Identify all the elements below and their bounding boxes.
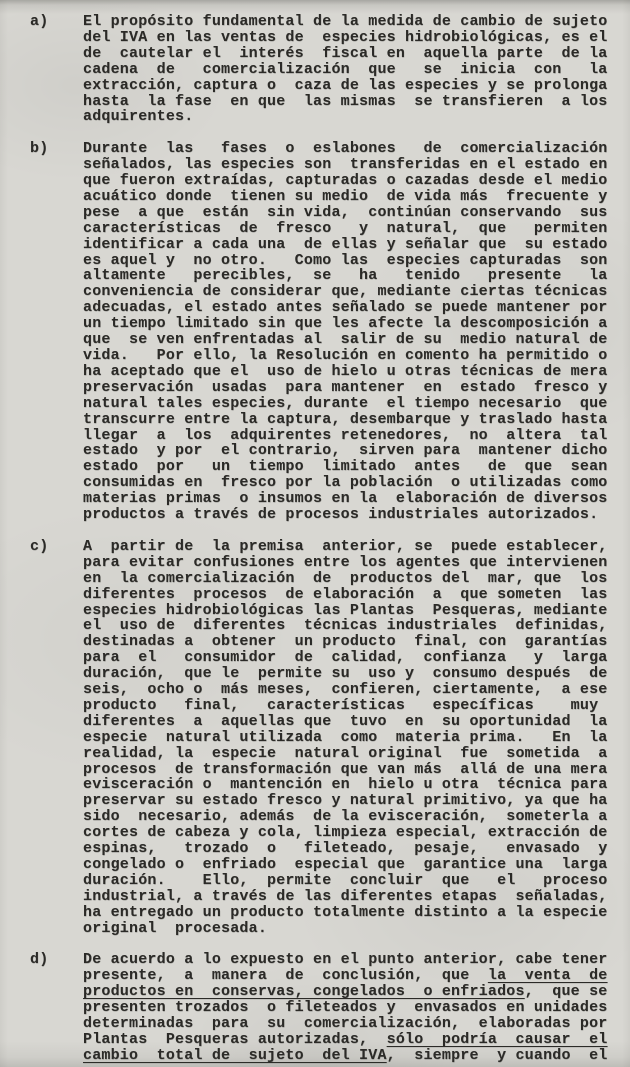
text-segment: seis, ocho o más meses, confieren, ciert… (83, 681, 607, 698)
text-line: preservación usadas para mantener en est… (83, 380, 607, 396)
text-segment: productos a través de procesos industria… (83, 506, 598, 523)
text-line: El propósito fundamental de la medida de… (83, 14, 607, 30)
text-segment: sido necesario, además de la evisceració… (83, 808, 607, 825)
text-line: acuático donde tienen su medio de vida m… (83, 189, 607, 205)
text-line: vida. Por ello, la Resolución en comento… (83, 348, 607, 364)
text-line: presenten trozados o fileteados y envasa… (83, 1000, 608, 1016)
text-segment: presenten trozados o fileteados y envasa… (83, 999, 607, 1016)
text-segment: que se ven enfrentadas al salir de su me… (83, 331, 607, 348)
text-line: seis, ocho o más meses, confieren, ciert… (83, 682, 607, 698)
item-label: d) (0, 952, 83, 1063)
text-line: destinadas a obtener un producto final, … (83, 634, 607, 650)
text-segment: vida. Por ello, la Resolución en comento… (83, 347, 607, 364)
text-line: consumidas en fresco por la población o … (83, 475, 607, 491)
text-line: el uso de diferentes técnicas industrial… (83, 618, 607, 634)
text-segment: extracción, captura o caza de las especi… (83, 77, 607, 94)
text-line: es aquel y no otro. Como las especies ca… (83, 253, 607, 269)
text-segment: adquirentes. (83, 108, 193, 125)
text-segment: para evitar confusiones entre los agente… (83, 554, 607, 571)
item-label: c) (0, 539, 83, 937)
text-line: A partir de la premisa anterior, se pued… (83, 539, 607, 555)
text-segment: adecuadas, el estado antes señalado se p… (83, 299, 607, 316)
text-line: determinadas para su comercialización, e… (83, 1016, 608, 1032)
text-line: natural tales especies, durante el tiemp… (83, 396, 607, 412)
text-segment: hasta la fase en que las mismas se trans… (83, 93, 607, 110)
item-text: El propósito fundamental de la medida de… (83, 14, 607, 125)
text-line: ha entregado un producto totalmente dist… (83, 905, 607, 921)
text-segment: acuático donde tienen su medio de vida m… (83, 188, 607, 205)
text-segment: conveniencia de considerar que, mediante… (83, 283, 607, 300)
text-line: procesos de transformación que van más a… (83, 762, 607, 778)
underlined-text: la venta de (488, 967, 608, 984)
text-line: diferentes a aquellas que tuvo en su opo… (83, 714, 607, 730)
text-line: especies hidrobiológicas las Plantas Pes… (83, 603, 607, 619)
text-segment: pese a que están sin vida, continúan con… (83, 204, 607, 221)
text-segment: industrial, a través de las diferentes e… (83, 888, 607, 905)
text-line: en la comercialización de productos del … (83, 571, 607, 587)
text-segment: original procesada. (83, 920, 267, 937)
text-segment: producto final, características específi… (83, 697, 598, 714)
text-segment: espinas, trozado o fileteado, pesaje, en… (83, 840, 607, 857)
text-line: diferentes procesos de elaboración a que… (83, 587, 607, 603)
item-text: Durante las fases o eslabones de comerci… (83, 141, 607, 523)
text-line: de cautelar el interés fiscal en aquella… (83, 46, 607, 62)
text-line: que fueron extraídas, capturadas o cazad… (83, 173, 607, 189)
text-segment: Durante las fases o eslabones de comerci… (83, 140, 607, 157)
text-segment: duración. Ello, permite concluir que el … (83, 872, 607, 889)
text-segment: en la comercialización de productos del … (83, 570, 607, 587)
text-segment: , que se (525, 983, 608, 1000)
text-line: especie natural utilizada como materia p… (83, 730, 607, 746)
item-text: De acuerdo a lo expuesto en el punto ant… (83, 952, 608, 1063)
text-line: duración, que le permite su uso y consum… (83, 666, 607, 682)
text-line: evisceración o mantención en hielo u otr… (83, 777, 607, 793)
text-line: adquirentes. (83, 109, 607, 125)
text-segment: especie natural utilizada como materia p… (83, 729, 607, 746)
text-segment: ha entregado un producto totalmente dist… (83, 904, 607, 921)
text-segment: del IVA en las ventas de especies hidrob… (83, 29, 607, 46)
text-segment: determinadas para su comercialización, e… (83, 1015, 607, 1032)
text-line: para el consumidor de calidad, confianza… (83, 650, 607, 666)
text-line: extracción, captura o caza de las especi… (83, 78, 607, 94)
text-segment: evisceración o mantención en hielo u otr… (83, 776, 607, 793)
text-segment: De acuerdo a lo expuesto en el punto ant… (83, 951, 607, 968)
text-line: identificar a cada una de ellas y señala… (83, 237, 607, 253)
text-segment: A partir de la premisa anterior, se pued… (83, 538, 607, 555)
text-line: espinas, trozado o fileteado, pesaje, en… (83, 841, 607, 857)
text-segment: un tiempo limitado sin que les afecte la… (83, 315, 607, 332)
text-segment: materias primas o insumos en la elaborac… (83, 490, 607, 507)
text-segment: duración, que le permite su uso y consum… (83, 665, 607, 682)
list-item: a)El propósito fundamental de la medida … (0, 14, 630, 125)
text-segment: El propósito fundamental de la medida de… (83, 13, 607, 30)
text-segment: natural tales especies, durante el tiemp… (83, 395, 607, 412)
text-line: pese a que están sin vida, continúan con… (83, 205, 607, 221)
scanned-document-page: a)El propósito fundamental de la medida … (0, 0, 630, 1067)
text-segment: identificar a cada una de ellas y señala… (83, 236, 607, 253)
text-line: industrial, a través de las diferentes e… (83, 889, 607, 905)
text-line: estado y por el contrario, sirven para m… (83, 443, 607, 459)
list-item: c)A partir de la premisa anterior, se pu… (0, 539, 630, 937)
text-line: ha aceptado que el uso de hielo u otras … (83, 364, 607, 380)
text-line: preservar su estado fresco y natural pri… (83, 793, 607, 809)
item-label: b) (0, 141, 83, 523)
document-body: a)El propósito fundamental de la medida … (0, 14, 630, 1064)
text-line: Plantas Pesqueras autorizadas, sólo podr… (83, 1032, 608, 1048)
text-segment: congelado o enfriado especial que garant… (83, 856, 607, 873)
text-line: cambio total de sujeto del IVA, siempre … (83, 1048, 608, 1064)
text-segment: estado y por el contrario, sirven para m… (83, 442, 607, 459)
text-line: altamente perecibles, se ha tenido prese… (83, 268, 607, 284)
text-line: estado por un tiempo limitado antes de q… (83, 459, 607, 475)
text-segment: , siempre y cuando el (387, 1047, 608, 1064)
text-line: original procesada. (83, 921, 607, 937)
text-line: productos a través de procesos industria… (83, 507, 607, 523)
text-segment: el uso de diferentes técnicas industrial… (83, 617, 607, 634)
text-line: sido necesario, además de la evisceració… (83, 809, 607, 825)
text-segment: procesos de transformación que van más a… (83, 761, 607, 778)
text-line: presente, a manera de conclusión, que la… (83, 968, 608, 984)
text-line: hasta la fase en que las mismas se trans… (83, 94, 607, 110)
text-segment: estado por un tiempo limitado antes de q… (83, 458, 607, 475)
text-segment: diferentes procesos de elaboración a que… (83, 586, 607, 603)
text-line: De acuerdo a lo expuesto en el punto ant… (83, 952, 608, 968)
text-line: adecuadas, el estado antes señalado se p… (83, 300, 607, 316)
text-segment: diferentes a aquellas que tuvo en su opo… (83, 713, 607, 730)
text-line: características de fresco y natural, que… (83, 221, 607, 237)
text-segment: altamente perecibles, se ha tenido prese… (83, 267, 607, 284)
text-line: llegar a los adquirentes retenedores, no… (83, 428, 607, 444)
text-segment: es aquel y no otro. Como las especies ca… (83, 252, 607, 269)
list-item: b)Durante las fases o eslabones de comer… (0, 141, 630, 523)
text-segment: preservar su estado fresco y natural pri… (83, 792, 607, 809)
text-line: materias primas o insumos en la elaborac… (83, 491, 607, 507)
text-line: cortes de cabeza y cola, limpieza especi… (83, 825, 607, 841)
text-segment: especies hidrobiológicas las Plantas Pes… (83, 602, 607, 619)
list-item: d)De acuerdo a lo expuesto en el punto a… (0, 952, 630, 1063)
text-line: producto final, características específi… (83, 698, 607, 714)
text-segment: Plantas Pesqueras autorizadas, (83, 1031, 387, 1048)
text-segment: consumidas en fresco por la población o … (83, 474, 607, 491)
text-segment: preservación usadas para mantener en est… (83, 379, 607, 396)
underlined-text: sólo podría causar el (387, 1031, 608, 1048)
item-label: a) (0, 14, 83, 125)
text-line: del IVA en las ventas de especies hidrob… (83, 30, 607, 46)
text-line: para evitar confusiones entre los agente… (83, 555, 607, 571)
text-segment: que fueron extraídas, capturadas o cazad… (83, 172, 607, 189)
text-line: conveniencia de considerar que, mediante… (83, 284, 607, 300)
text-segment: ha aceptado que el uso de hielo u otras … (83, 363, 607, 380)
text-segment: características de fresco y natural, que… (83, 220, 607, 237)
underlined-text: cambio total de sujeto del IVA (83, 1047, 387, 1064)
text-line: cadena de comercialización que se inicia… (83, 62, 607, 78)
text-line: realidad, la especie natural original fu… (83, 746, 607, 762)
text-line: señalados, las especies son transferidas… (83, 157, 607, 173)
underlined-text: productos en conservas, congelados o enf… (83, 983, 525, 1000)
text-segment: destinadas a obtener un producto final, … (83, 633, 607, 650)
text-segment: realidad, la especie natural original fu… (83, 745, 607, 762)
text-segment: para el consumidor de calidad, confianza… (83, 649, 607, 666)
item-text: A partir de la premisa anterior, se pued… (83, 539, 607, 937)
text-segment: llegar a los adquirentes retenedores, no… (83, 427, 607, 444)
text-segment: señalados, las especies son transferidas… (83, 156, 607, 173)
text-line: que se ven enfrentadas al salir de su me… (83, 332, 607, 348)
text-segment: presente, a manera de conclusión, que (83, 967, 488, 984)
text-line: productos en conservas, congelados o enf… (83, 984, 608, 1000)
text-line: Durante las fases o eslabones de comerci… (83, 141, 607, 157)
text-segment: cortes de cabeza y cola, limpieza especi… (83, 824, 607, 841)
text-segment: transcurre entre la captura, desembarque… (83, 411, 607, 428)
text-line: un tiempo limitado sin que les afecte la… (83, 316, 607, 332)
text-segment: de cautelar el interés fiscal en aquella… (83, 45, 607, 62)
text-line: congelado o enfriado especial que garant… (83, 857, 607, 873)
text-line: duración. Ello, permite concluir que el … (83, 873, 607, 889)
text-line: transcurre entre la captura, desembarque… (83, 412, 607, 428)
text-segment: cadena de comercialización que se inicia… (83, 61, 607, 78)
